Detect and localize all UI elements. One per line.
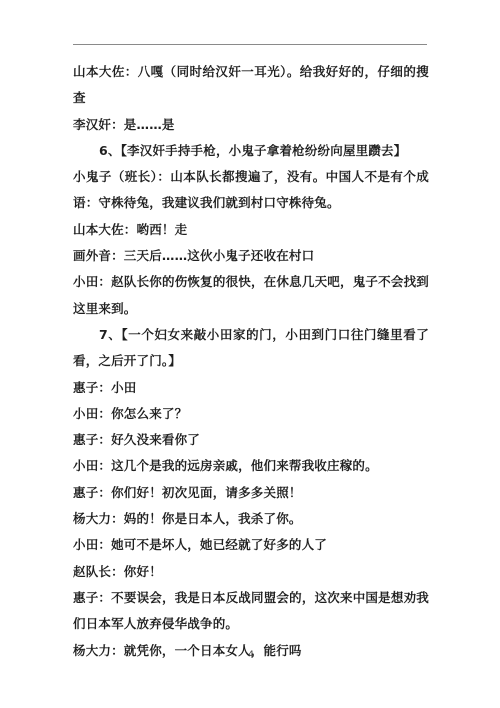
script-paragraph: 画外音：三天后……这伙小鬼子还收在村口 [73,243,429,269]
document-body: 山本大佐：八嘎（同时给汉奸一耳光）。给我好好的，仔细的搜查李汉奸：是……是6、【… [73,59,429,664]
page-number: 4 [73,650,429,660]
script-paragraph: 惠子：你们好！初次见面，请多多关照！ [73,480,429,506]
script-paragraph: 惠子：好久没来看你了 [73,427,429,453]
script-paragraph: 山本大佐：哟西！走 [73,217,429,243]
script-paragraph: 惠子：小田 [73,375,429,401]
script-paragraph: 小田：这几个是我的远房亲戚，他们来帮我收庄稼的。 [73,453,429,479]
script-paragraph: 山本大佐：八嘎（同时给汉奸一耳光）。给我好好的，仔细的搜查 [73,59,429,112]
document-page: 山本大佐：八嘎（同时给汉奸一耳光）。给我好好的，仔细的搜查李汉奸：是……是6、【… [0,0,500,708]
script-paragraph: 6、【李汉奸手持手枪，小鬼子拿着枪纷纷向屋里躜去】 [73,138,429,164]
header-rule [73,44,427,45]
script-paragraph: 小鬼子（班长）：山本队长都搜遍了，没有。中国人不是有个成语：守株待兔，我建议我们… [73,164,429,217]
script-paragraph: 小田：你怎么来了？ [73,401,429,427]
script-paragraph: 李汉奸：是……是 [73,112,429,138]
script-paragraph: 小田：她可不是坏人，她已经就了好多的人了 [73,532,429,558]
script-paragraph: 杨大力：妈的！你是日本人，我杀了你。 [73,506,429,532]
script-paragraph: 惠子：不要误会，我是日本反战同盟会的，这次来中国是想劝我们日本军人放弃侵华战争的… [73,585,429,638]
script-paragraph: 赵队长：你好！ [73,559,429,585]
script-paragraph: 小田：赵队长你的伤恢复的很快，在休息几天吧，鬼子不会找到这里来到。 [73,269,429,322]
script-paragraph: 7、【一个妇女来敲小田家的门，小田到门口往门缝里看了看，之后开了门。】 [73,322,429,375]
